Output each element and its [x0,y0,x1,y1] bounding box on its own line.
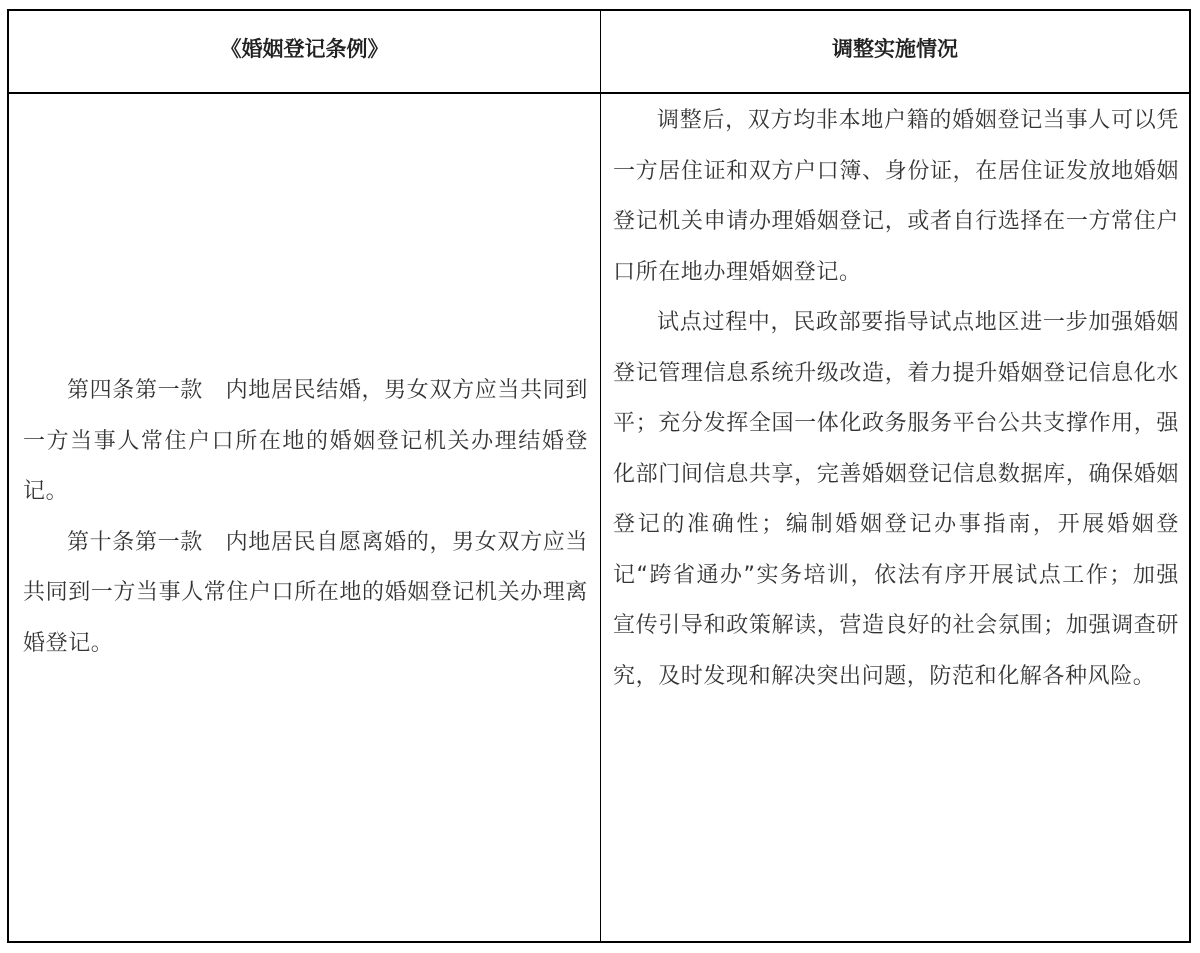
body-cell-adjustment: 调整后，双方均非本地户籍的婚姻登记当事人可以凭一方居住证和双方户口簿、身份证，在… [601,94,1189,941]
article-10-paragraph: 第十条第一款 内地居民自愿离婚的，男女双方应当共同到一方当事人常住户口所在地的婚… [23,518,588,670]
header-cell-adjustment: 调整实施情况 [601,11,1189,92]
article-4-paragraph: 第四条第一款 内地居民结婚，男女双方应当共同到一方当事人常住户口所在地的婚姻登记… [23,366,588,518]
header-cell-regulation: 《婚姻登记条例》 [9,11,600,92]
body-cell-regulation: 第四条第一款 内地居民结婚，男女双方应当共同到一方当事人常住户口所在地的婚姻登记… [9,94,600,941]
table-header-row: 《婚姻登记条例》 调整实施情况 [9,11,1189,94]
comparison-table: 《婚姻登记条例》 调整实施情况 第四条第一款 内地居民结婚，男女双方应当共同到一… [7,9,1191,943]
adjustment-paragraph: 调整后，双方均非本地户籍的婚姻登记当事人可以凭一方居住证和双方户口簿、身份证，在… [613,96,1179,298]
pilot-paragraph: 试点过程中，民政部要指导试点地区进一步加强婚姻登记管理信息系统升级改造，着力提升… [613,298,1179,702]
